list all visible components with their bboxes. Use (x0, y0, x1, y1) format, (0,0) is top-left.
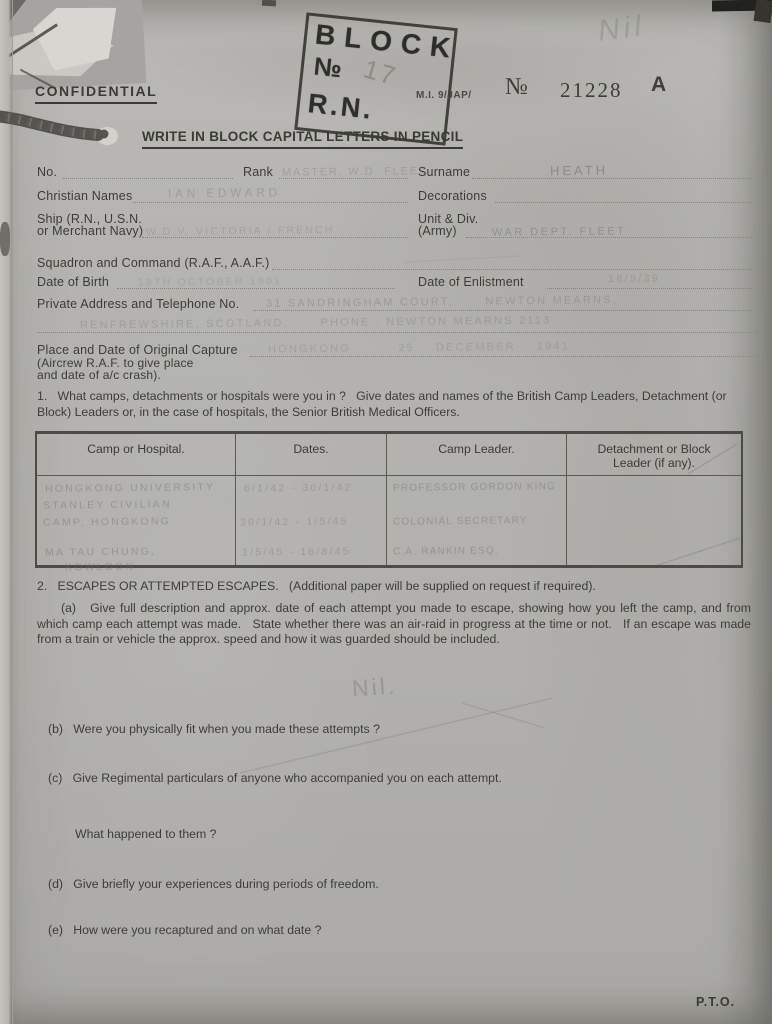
date-of-birth-label: Date of Birth (37, 275, 109, 289)
torn-paper-white-patch (31, 2, 122, 73)
handwritten-address-line2: RENFREWSHIRE, SCOTLAND. PHONE : NEWTON M… (80, 315, 552, 332)
punch-hole-chip (96, 127, 118, 145)
no-entry-line (63, 178, 233, 179)
handwritten-camp: MA TAU CHUNG, (45, 545, 156, 558)
handwritten-address-line1: 31 SANDRINGHAM COURT, NEWTON MEARNS, (266, 294, 618, 310)
pencil-strike-line (462, 703, 545, 728)
table-cell-dates: 6/1/42 - 30/1/42 30/1/42 - 1/5/45 1/5/45… (236, 476, 387, 565)
address-entry-line1 (253, 310, 752, 311)
surname-entry-line (472, 178, 752, 179)
handwritten-dates: 1/5/45 - 16/8/45 (242, 545, 351, 558)
twine-braid-shadow (0, 116, 98, 135)
torn-paper-layer (0, 22, 116, 82)
handwritten-rank: MASTER, W.D. FLEET (282, 165, 428, 179)
handwritten-camp: HONGKONG UNIVERSITY (45, 481, 215, 495)
question-2c: (c) Give Regimental particulars of anyon… (48, 771, 502, 787)
handwritten-ship: W.D.V. VICTORIA / FRENCH (146, 224, 335, 238)
handwritten-date-of-enlistment: 18/9/39 (608, 273, 660, 286)
handwritten-leader: COLONIAL SECRETARY (393, 515, 528, 527)
pto-marking: P.T.O. (696, 995, 735, 1009)
handwritten-leader: C.A. RANKIN ESQ. (393, 545, 499, 557)
pencil-nil-top-right: Nil (596, 9, 647, 48)
table-cell-detachment (567, 476, 741, 565)
question-1: 1. What camps, detachments or hospitals … (37, 389, 749, 420)
decorations-entry-line (495, 202, 752, 203)
page-left-edge (0, 0, 13, 1024)
christian-names-entry-line (133, 202, 408, 203)
handwritten-camp: KOWLOON (65, 561, 135, 574)
table-cell-leaders: PROFESSOR GORDON KING COLONIAL SECRETARY… (387, 476, 567, 565)
form-title: WRITE IN BLOCK CAPITAL LETTERS IN PENCIL (142, 129, 463, 149)
twine-rope (0, 116, 98, 135)
pencil-nil-answer: Nil. (351, 672, 398, 702)
handwritten-unit: WAR DEPT. FLEET (492, 225, 626, 238)
squadron-command-label: Squadron and Command (R.A.F., A.A.F.) (37, 256, 270, 270)
christian-names-label: Christian Names (37, 189, 132, 203)
stamp-no-label: № (312, 53, 343, 85)
capture-entry-line (250, 356, 756, 357)
enlistment-entry-line (547, 288, 752, 289)
squadron-entry-line (272, 269, 752, 270)
handwritten-surname: HEATH (550, 163, 608, 179)
question-2b: (b) Were you physically fit when you mad… (48, 722, 380, 738)
handwritten-camp: STANLEY CIVILIAN (43, 498, 172, 511)
block-rn-stamp: BLOCK № 17 R.N. (294, 12, 458, 145)
capture-sub-label-2: and date of a/c crash). (37, 368, 161, 382)
table-header-leader: Camp Leader. (387, 434, 567, 476)
handwritten-date-of-birth: 18TH OCTOBER 1901 (138, 275, 282, 289)
unit-div-label-line2: (Army) (418, 224, 457, 238)
rank-label: Rank (243, 165, 273, 179)
pencil-scribble (405, 256, 520, 262)
question-2e: (e) How were you recaptured and on what … (48, 923, 321, 939)
stamp-rn-label: R.N. (306, 88, 375, 126)
surname-label: Surname (418, 165, 470, 179)
no-label: No. (37, 165, 57, 179)
handwritten-dates: 6/1/42 - 30/1/42 (244, 481, 353, 494)
fold-crease-mark (4, 23, 57, 59)
corner-shadow (0, 0, 26, 34)
top-right-dark-edge (712, 0, 772, 12)
pow-questionnaire-page: CONFIDENTIAL BLOCK № 17 R.N. M.I. 9/JAP/… (0, 0, 772, 1024)
handwritten-dates: 30/1/42 - 1/5/45 (240, 515, 349, 528)
question-2a: (a) Give full description and approx. da… (37, 601, 751, 648)
handwritten-camp: CAMP, HONGKONG (43, 515, 171, 528)
private-address-label: Private Address and Telephone No. (37, 297, 239, 311)
handwritten-block-number: 17 (360, 53, 401, 92)
top-edge-nick (262, 0, 276, 6)
handwritten-capture: HONGKONG 25 DECEMBER 1941 (268, 340, 570, 355)
camps-table: Camp or Hospital. Dates. Camp Leader. De… (35, 431, 743, 568)
table-header-dates: Dates. (236, 434, 387, 476)
torn-paper-base (0, 0, 146, 91)
serial-number: 21228 (560, 78, 623, 103)
handwritten-christian-names: IAN EDWARD (168, 187, 281, 200)
ship-label-line2: or Merchant Navy) (37, 224, 143, 238)
question-2d: (d) Give briefly your experiences during… (48, 877, 379, 893)
date-of-enlistment-label: Date of Enlistment (418, 275, 524, 289)
top-right-dark-edge (754, 0, 772, 23)
question-2c-sub: What happened to them ? (75, 827, 217, 843)
table-cell-camps: HONGKONG UNIVERSITY STANLEY CIVILIAN CAM… (37, 476, 236, 565)
twine-braid-highlight (0, 116, 98, 135)
serial-no-symbol: № (505, 74, 528, 101)
table-header-detachment: Detachment or Block Leader (if any). (567, 434, 741, 476)
question-2-heading: 2. ESCAPES OR ATTEMPTED ESCAPES. (Additi… (37, 579, 749, 595)
handwritten-leader: PROFESSOR GORDON KING (393, 481, 556, 494)
address-entry-line2 (37, 332, 758, 333)
series-letter: A (651, 73, 666, 97)
table-header-camp: Camp or Hospital. (37, 434, 236, 476)
decorations-label: Decorations (418, 189, 487, 203)
mi9-jap-reference: M.I. 9/JAP/ (416, 90, 472, 101)
edge-stain (0, 222, 10, 256)
punch-hole (100, 130, 109, 139)
capture-label: Place and Date of Original Capture (37, 343, 238, 357)
confidential-marking: CONFIDENTIAL (35, 83, 157, 104)
